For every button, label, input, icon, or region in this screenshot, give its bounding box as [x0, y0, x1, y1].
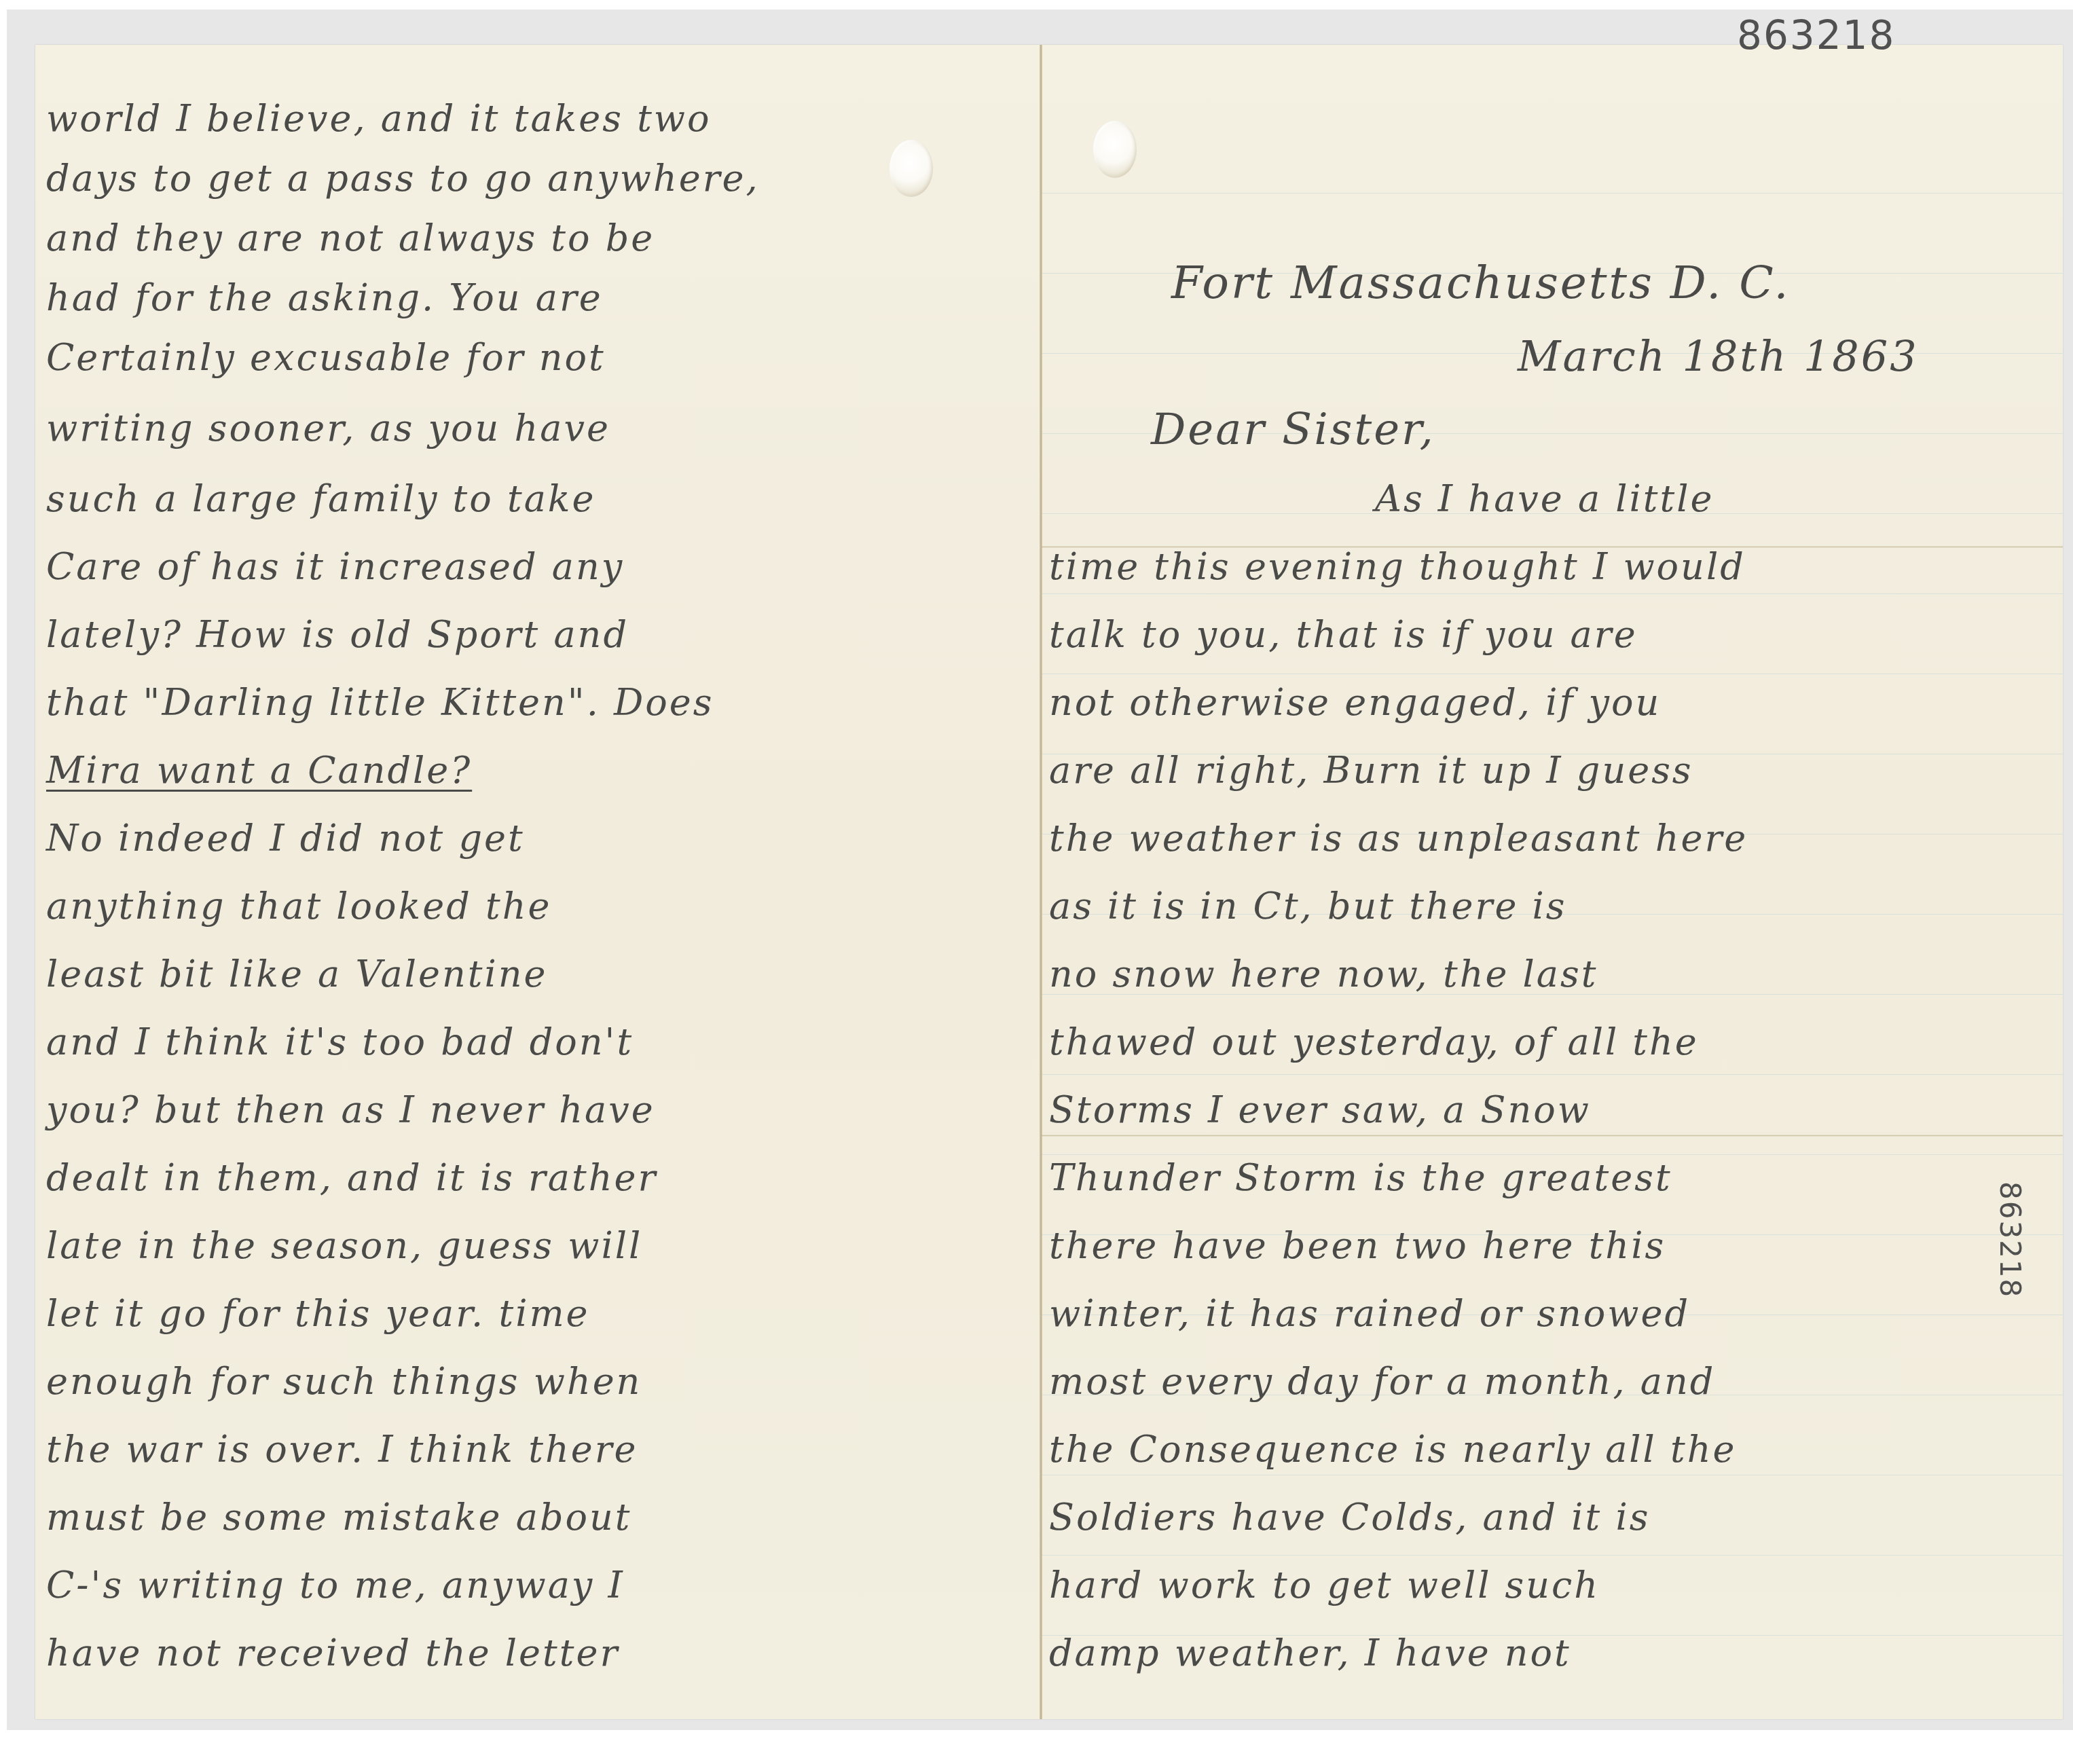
letter-line: late in the season, guess will: [46, 1215, 642, 1276]
letter-line: anything that looked the: [46, 876, 551, 937]
catalog-number: 863218: [1737, 12, 1895, 58]
letter-line: talk to you, that is if you are: [1049, 604, 1638, 665]
letter-line: most every day for a month, and: [1049, 1351, 1715, 1412]
embossed-seal-icon: [889, 140, 933, 197]
letter-line: As I have a little: [1375, 468, 1714, 530]
letter-line: enough for such things when: [46, 1351, 642, 1412]
letter-line: Mira want a Candle?: [46, 749, 472, 792]
letter-line: had for the asking. You are: [46, 268, 603, 329]
letter-line: that "Darling little Kitten". Does: [46, 672, 714, 733]
letter-line: not otherwise engaged, if you: [1049, 672, 1661, 733]
letter-line: such a large family to take: [46, 468, 596, 530]
embossed-seal-icon: [1093, 121, 1137, 178]
letter-line: thawed out yesterday, of all the: [1049, 1012, 1699, 1073]
letter-line: the weather is as unpleasant here: [1049, 808, 1748, 869]
catalog-number-margin: 863218: [1994, 1181, 2027, 1298]
letter-place: Fort Massachusetts D. C.: [1171, 253, 1790, 314]
letter-line: winter, it has rained or snowed: [1049, 1283, 1690, 1344]
letter-line: lately? How is old Sport and: [46, 604, 629, 665]
letter-line: Storms I ever saw, a Snow: [1049, 1080, 1591, 1141]
letter-line: Thunder Storm is the greatest: [1049, 1147, 1672, 1209]
letter-date: March 18th 1863: [1518, 326, 1919, 387]
letter-line: and I think it's too bad don't: [46, 1012, 634, 1073]
letter-line: and they are not always to be: [46, 208, 655, 269]
letter-line: C-'s writing to me, anyway I: [46, 1555, 625, 1616]
letter-line: Soldiers have Colds, and it is: [1049, 1487, 1650, 1548]
letter-line: time this evening thought I would: [1049, 536, 1746, 598]
letter-line: must be some mistake about: [46, 1487, 631, 1548]
letter-line: Certainly excusable for not: [46, 327, 606, 388]
ruled-line: [1042, 193, 2063, 194]
letter-line: no snow here now, the last: [1049, 944, 1598, 1005]
letter-line: world I believe, and it takes two: [46, 88, 712, 149]
letter-line: let it go for this year. time: [46, 1283, 590, 1344]
letter-line: you? but then as I never have: [46, 1080, 655, 1141]
salutation: Dear Sister,: [1151, 399, 1435, 460]
letter-line: least bit like a Valentine: [46, 944, 547, 1005]
letter-line: writing sooner, as you have: [46, 398, 610, 459]
letter-line-underlined: Mira want a Candle?: [46, 740, 472, 801]
letter-line: No indeed I did not get: [46, 808, 525, 869]
letter-line: days to get a pass to go anywhere,: [46, 148, 760, 209]
letter-line: damp weather, I have not: [1049, 1623, 1571, 1684]
letter-line: as it is in Ct, but there is: [1049, 876, 1566, 937]
letter-line: the war is over. I think there: [46, 1419, 638, 1480]
letter-line: have not received the letter: [46, 1623, 619, 1684]
letter-line: hard work to get well such: [1049, 1555, 1600, 1616]
center-fold-crease: [1040, 45, 1042, 1719]
ruled-line: [1042, 1074, 2063, 1075]
letter-line: the Consequence is nearly all the: [1049, 1419, 1737, 1480]
letter-line: there have been two here this: [1049, 1215, 1666, 1276]
letter-line: dealt in them, and it is rather: [46, 1147, 657, 1209]
letter-line: Care of has it increased any: [46, 536, 624, 598]
letter-line: are all right, Burn it up I guess: [1049, 740, 1693, 801]
